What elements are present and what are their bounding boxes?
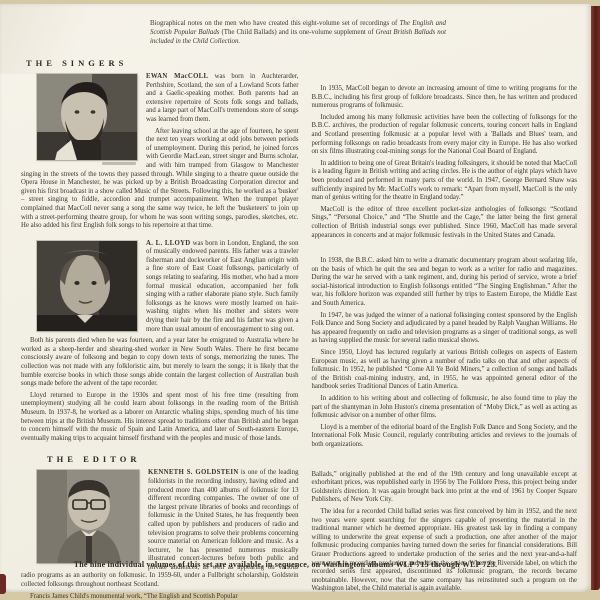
goldstein-continued: Ballads,” originally published at the en… [311,471,577,594]
goldstein-bio-section: KENNETH S. GOLDSTEIN is one of the leadi… [21,469,298,600]
header-middle: (The Child Ballads) and its one-volume s… [219,29,375,36]
footer-availability-line: The nine individual volumes of this set … [0,560,571,569]
maccoll-bio-section: EWAN MacCOLL was born in Auchterarder, P… [21,73,298,234]
maccoll-paragraph: In 1935, MacColl began to devote an incr… [311,85,577,111]
goldstein-paragraph: The idea for a recorded Child ballad ser… [311,508,577,594]
lloyd-paragraph: Lloyd is a member of the editorial board… [311,424,577,450]
photo-credit [102,162,136,165]
left-column: EWAN MacCOLL was born in Auchterarder, P… [21,73,298,600]
maccoll-paragraph: In addition to being one of Great Britai… [311,160,577,203]
header-intro: Biographical notes on the men who have c… [150,20,400,27]
editor-heading: THE EDITOR [47,454,298,464]
goldstein-paragraph: Ballads,” originally published at the en… [311,471,577,505]
maccoll-name: EWAN MacCOLL [146,73,208,80]
lloyd-paragraph: In addition to his writing about and col… [311,395,577,421]
lloyd-continued: In 1938, the B.B.C. asked him to write a… [311,257,577,449]
lloyd-paragraph: In 1938, the B.B.C. asked him to write a… [311,257,577,309]
goldstein-name: KENNETH S. GOLDSTEIN [148,469,239,476]
record-sleeve-back: Biographical notes on the men who have c… [0,0,600,600]
lloyd-paragraph: Lloyd returned to Europe in the 1930s an… [21,392,298,444]
maccoll-continued: In 1935, MacColl began to devote an incr… [311,85,577,240]
lloyd-bio-section: A. L. LLOYD was born in London, England,… [21,240,298,447]
lloyd-paragraph: Both his parents died when he was fourte… [21,337,298,389]
lloyd-name: A. L. LLOYD [146,240,191,247]
ewan-maccoll-photo [37,74,137,160]
goldstein-paragraph: Francis James Child's monumental work, “… [21,593,298,600]
header-note: Biographical notes on the men who have c… [150,19,446,46]
lloyd-paragraph: In 1947, he was judged the winner of a n… [311,312,577,346]
singers-heading: THE SINGERS [26,58,591,68]
sleeve-paper: Biographical notes on the men who have c… [0,4,591,592]
kenneth-goldstein-photo [37,470,139,563]
maccoll-paragraph: Included among his many folkmusic activi… [311,114,577,157]
right-column: In 1935, MacColl began to devote an incr… [311,73,577,600]
maccoll-paragraph: MacColl is the editor of three excellent… [311,206,577,240]
lloyd-paragraph: Since 1950, Lloyd has lectured regularly… [311,349,577,392]
al-lloyd-photo [37,241,137,331]
sleeve-spine-edge [591,6,600,590]
sleeve-corner-edge [0,574,6,594]
two-column-body: EWAN MacCOLL was born in Auchterarder, P… [0,73,591,600]
